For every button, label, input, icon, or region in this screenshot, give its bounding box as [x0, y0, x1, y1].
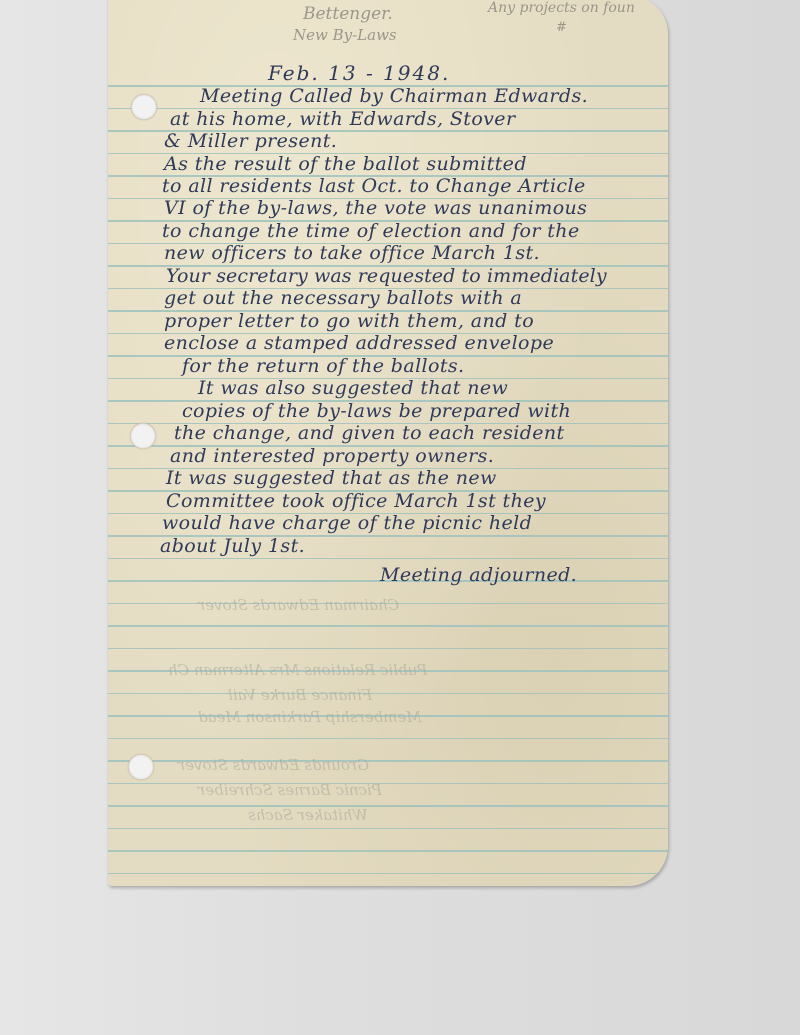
meeting-adjourned: Meeting adjourned. — [380, 564, 577, 586]
minutes-line: VI of the by-laws, the vote was unanimou… — [164, 197, 587, 219]
bleed-through-line: Grounds Edwards Stover — [178, 756, 369, 774]
minutes-line: at his home, with Edwards, Stover — [170, 108, 515, 130]
ruling-line — [108, 783, 668, 785]
bleed-through-line: Finance Burke Vail — [228, 686, 372, 704]
minutes-line: get out the necessary ballots with a — [164, 287, 522, 309]
ruling-line — [108, 625, 668, 627]
bleed-through-line: Membership Parkinson Mead — [198, 708, 422, 726]
bleed-through-line: Chairman Edwards Stover — [198, 596, 399, 614]
ruling-line — [108, 648, 668, 650]
minutes-line: It was suggested that as the new — [166, 467, 497, 489]
binder-hole-bottom — [128, 754, 154, 780]
minutes-line: new officers to take office March 1st. — [164, 242, 540, 264]
minutes-line: It was also suggested that new — [198, 377, 508, 399]
minutes-line: Committee took office March 1st they — [166, 490, 546, 512]
minutes-line: Your secretary was requested to immediat… — [166, 265, 607, 287]
bleed-through-line: Public Relations Mrs Alterman Ch — [168, 661, 427, 679]
minutes-line: As the result of the ballot submitted — [164, 153, 527, 175]
meeting-date: Feb. 13 - 1948. — [268, 62, 450, 84]
minutes-line: proper letter to go with them, and to — [164, 310, 534, 332]
pencil-note-projects: Any projects on foun — [488, 0, 635, 16]
ruling-line — [108, 805, 668, 807]
minutes-line: and interested property owners. — [170, 445, 494, 467]
bleed-through-line: Whitaker Sachs — [248, 806, 368, 824]
minutes-line: the change, and given to each resident — [174, 422, 565, 444]
ruling-line — [108, 693, 668, 695]
ruling-line — [108, 828, 668, 830]
minutes-line: enclose a stamped addressed envelope — [164, 332, 554, 354]
minutes-line: to change the time of election and for t… — [162, 220, 580, 242]
binder-hole-top — [131, 94, 157, 120]
binder-hole-middle — [130, 423, 156, 449]
ruling-line — [108, 873, 668, 875]
minutes-line: about July 1st. — [160, 535, 305, 557]
pencil-note-new-bylaws: New By-Laws — [293, 26, 397, 44]
pencil-note-hash: # — [556, 20, 567, 35]
minutes-line: to all residents last Oct. to Change Art… — [162, 175, 586, 197]
pencil-note-bettenger: Bettenger. — [303, 4, 393, 24]
notebook-page: Bettenger. New By-Laws Any projects on f… — [108, 0, 668, 886]
minutes-line: for the return of the ballots. — [182, 355, 464, 377]
ruling-line — [108, 738, 668, 740]
bleed-through-line: Picnic Barnes Schreiber — [198, 781, 382, 799]
minutes-line: & Miller present. — [164, 130, 337, 152]
minutes-line: copies of the by-laws be prepared with — [182, 400, 571, 422]
ruling-line — [108, 850, 668, 852]
minutes-line: would have charge of the picnic held — [162, 512, 532, 534]
ruling-line — [108, 558, 668, 560]
minutes-line: Meeting Called by Chairman Edwards. — [200, 85, 588, 107]
